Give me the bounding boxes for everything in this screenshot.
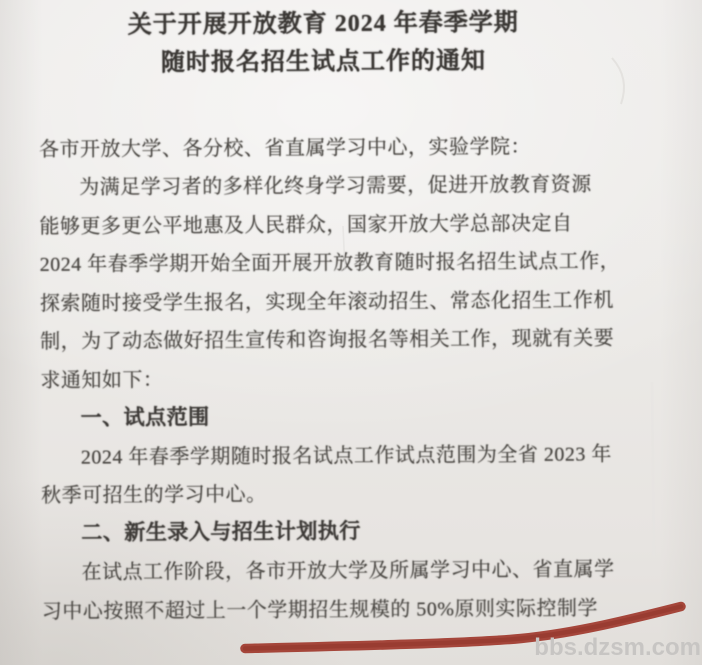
document-line: 习中心按照不超过上一个学期招生规模的 50%原则实际控制学 <box>42 586 642 628</box>
document-line: 各市开放大学、各分校、省直属学习中心，实验学院： <box>39 124 639 166</box>
document-content: 关于开展开放教育 2024 年春季学期随时报名招生试点工作的通知 各市开放大学、… <box>0 0 702 629</box>
document-line: 二、新生录入与招生计划执行 <box>41 509 641 551</box>
document-line: 能够更多更公平地惠及人民群众，国家开放大学总部决定自 <box>39 201 639 243</box>
document-body: 各市开放大学、各分校、省直属学习中心，实验学院：为满足学习者的多样化终身学习需要… <box>0 124 642 628</box>
document-title-line: 随时报名招生试点工作的通知 <box>0 41 649 83</box>
document-line: 2024 年春季学期开始全面开展开放教育随时报名招生试点工作， <box>40 240 640 282</box>
document-line: 制，为了动态做好招生宣传和咨询报名等相关工作，现就有关要 <box>40 317 640 359</box>
document-line: 为满足学习者的多样化终身学习需要，促进开放教育资源 <box>39 163 639 205</box>
watermark: bbs.dzsm.com <box>534 634 701 662</box>
document-line: 探索随时接受学生报名，实现全年滚动招生、常态化招生工作机 <box>40 278 640 320</box>
document-line: 秋季可招生的学习中心。 <box>41 471 641 513</box>
document-line: 2024 年春季学期随时报名试点工作试点范围为全省 2023 年 <box>41 432 641 474</box>
document-title-line: 关于开展开放教育 2024 年春季学期 <box>0 3 648 45</box>
document-title: 关于开展开放教育 2024 年春季学期随时报名招生试点工作的通知 <box>0 0 649 83</box>
document-line: 求通知如下： <box>40 355 640 397</box>
document-line: 一、试点范围 <box>41 394 641 436</box>
document-photo: 关于开展开放教育 2024 年春季学期随时报名招生试点工作的通知 各市开放大学、… <box>0 0 702 665</box>
document-line: 在试点工作阶段，各市开放大学及所属学习中心、省直属学 <box>41 548 641 590</box>
